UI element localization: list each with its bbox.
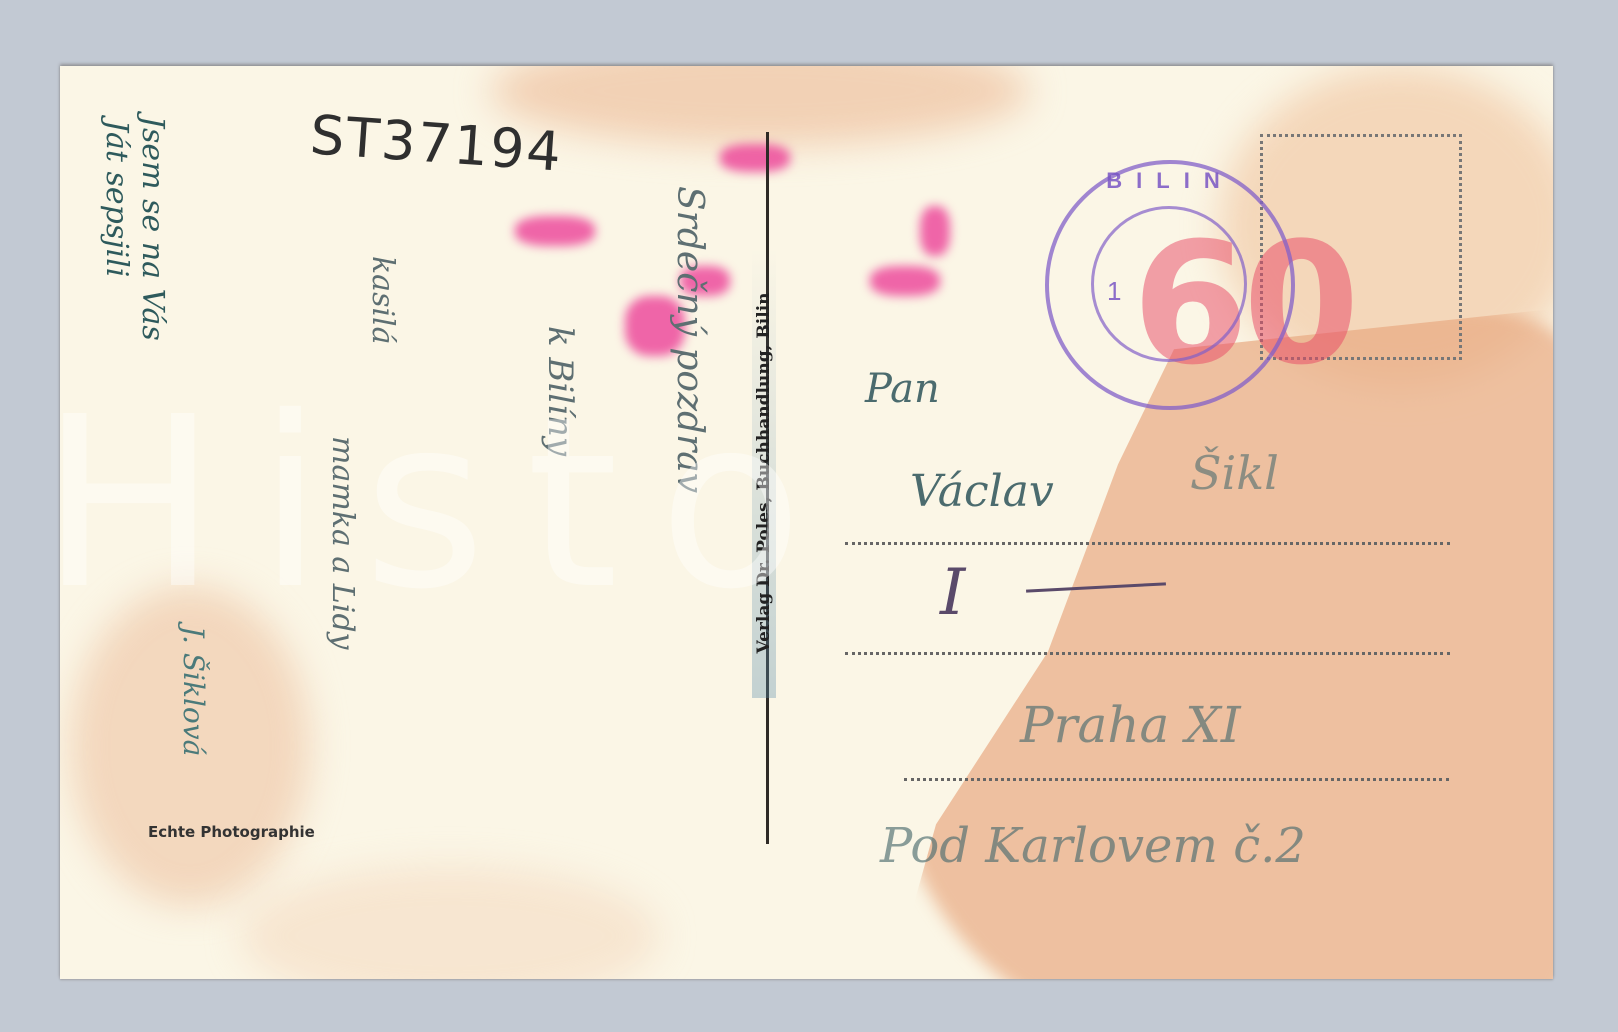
stain [880, 306, 1553, 979]
address-number-mark: I [940, 556, 965, 630]
address-line [904, 778, 1449, 781]
postmark-date: 1 [1107, 276, 1121, 307]
postmark-town: BILIN [1049, 168, 1291, 194]
ink-smudge [515, 216, 595, 246]
postmark: BILIN 1 [1045, 160, 1295, 410]
stain [490, 66, 1030, 146]
address-first-name: Václav [910, 466, 1054, 517]
address-city: Praha XI [1020, 696, 1241, 754]
photo-label: Echte Photographie [148, 823, 315, 841]
ink-smudge [920, 206, 950, 256]
watermark: Histo [40, 386, 843, 622]
address-surname: Šikl [1190, 446, 1279, 500]
address-line [845, 652, 1450, 655]
message-line: kasilá [365, 256, 400, 345]
ink-smudge [870, 266, 940, 296]
address-salutation: Pan [865, 366, 940, 412]
address-line [845, 542, 1450, 545]
address-street: Pod Karlovem č.2 [880, 818, 1306, 874]
signature: J. Šiklová [177, 626, 210, 756]
ink-smudge [720, 144, 790, 172]
message-line: Jsem se na Vás [135, 116, 170, 341]
message-line: Ját sepsjili [99, 120, 134, 277]
stain [240, 866, 660, 979]
